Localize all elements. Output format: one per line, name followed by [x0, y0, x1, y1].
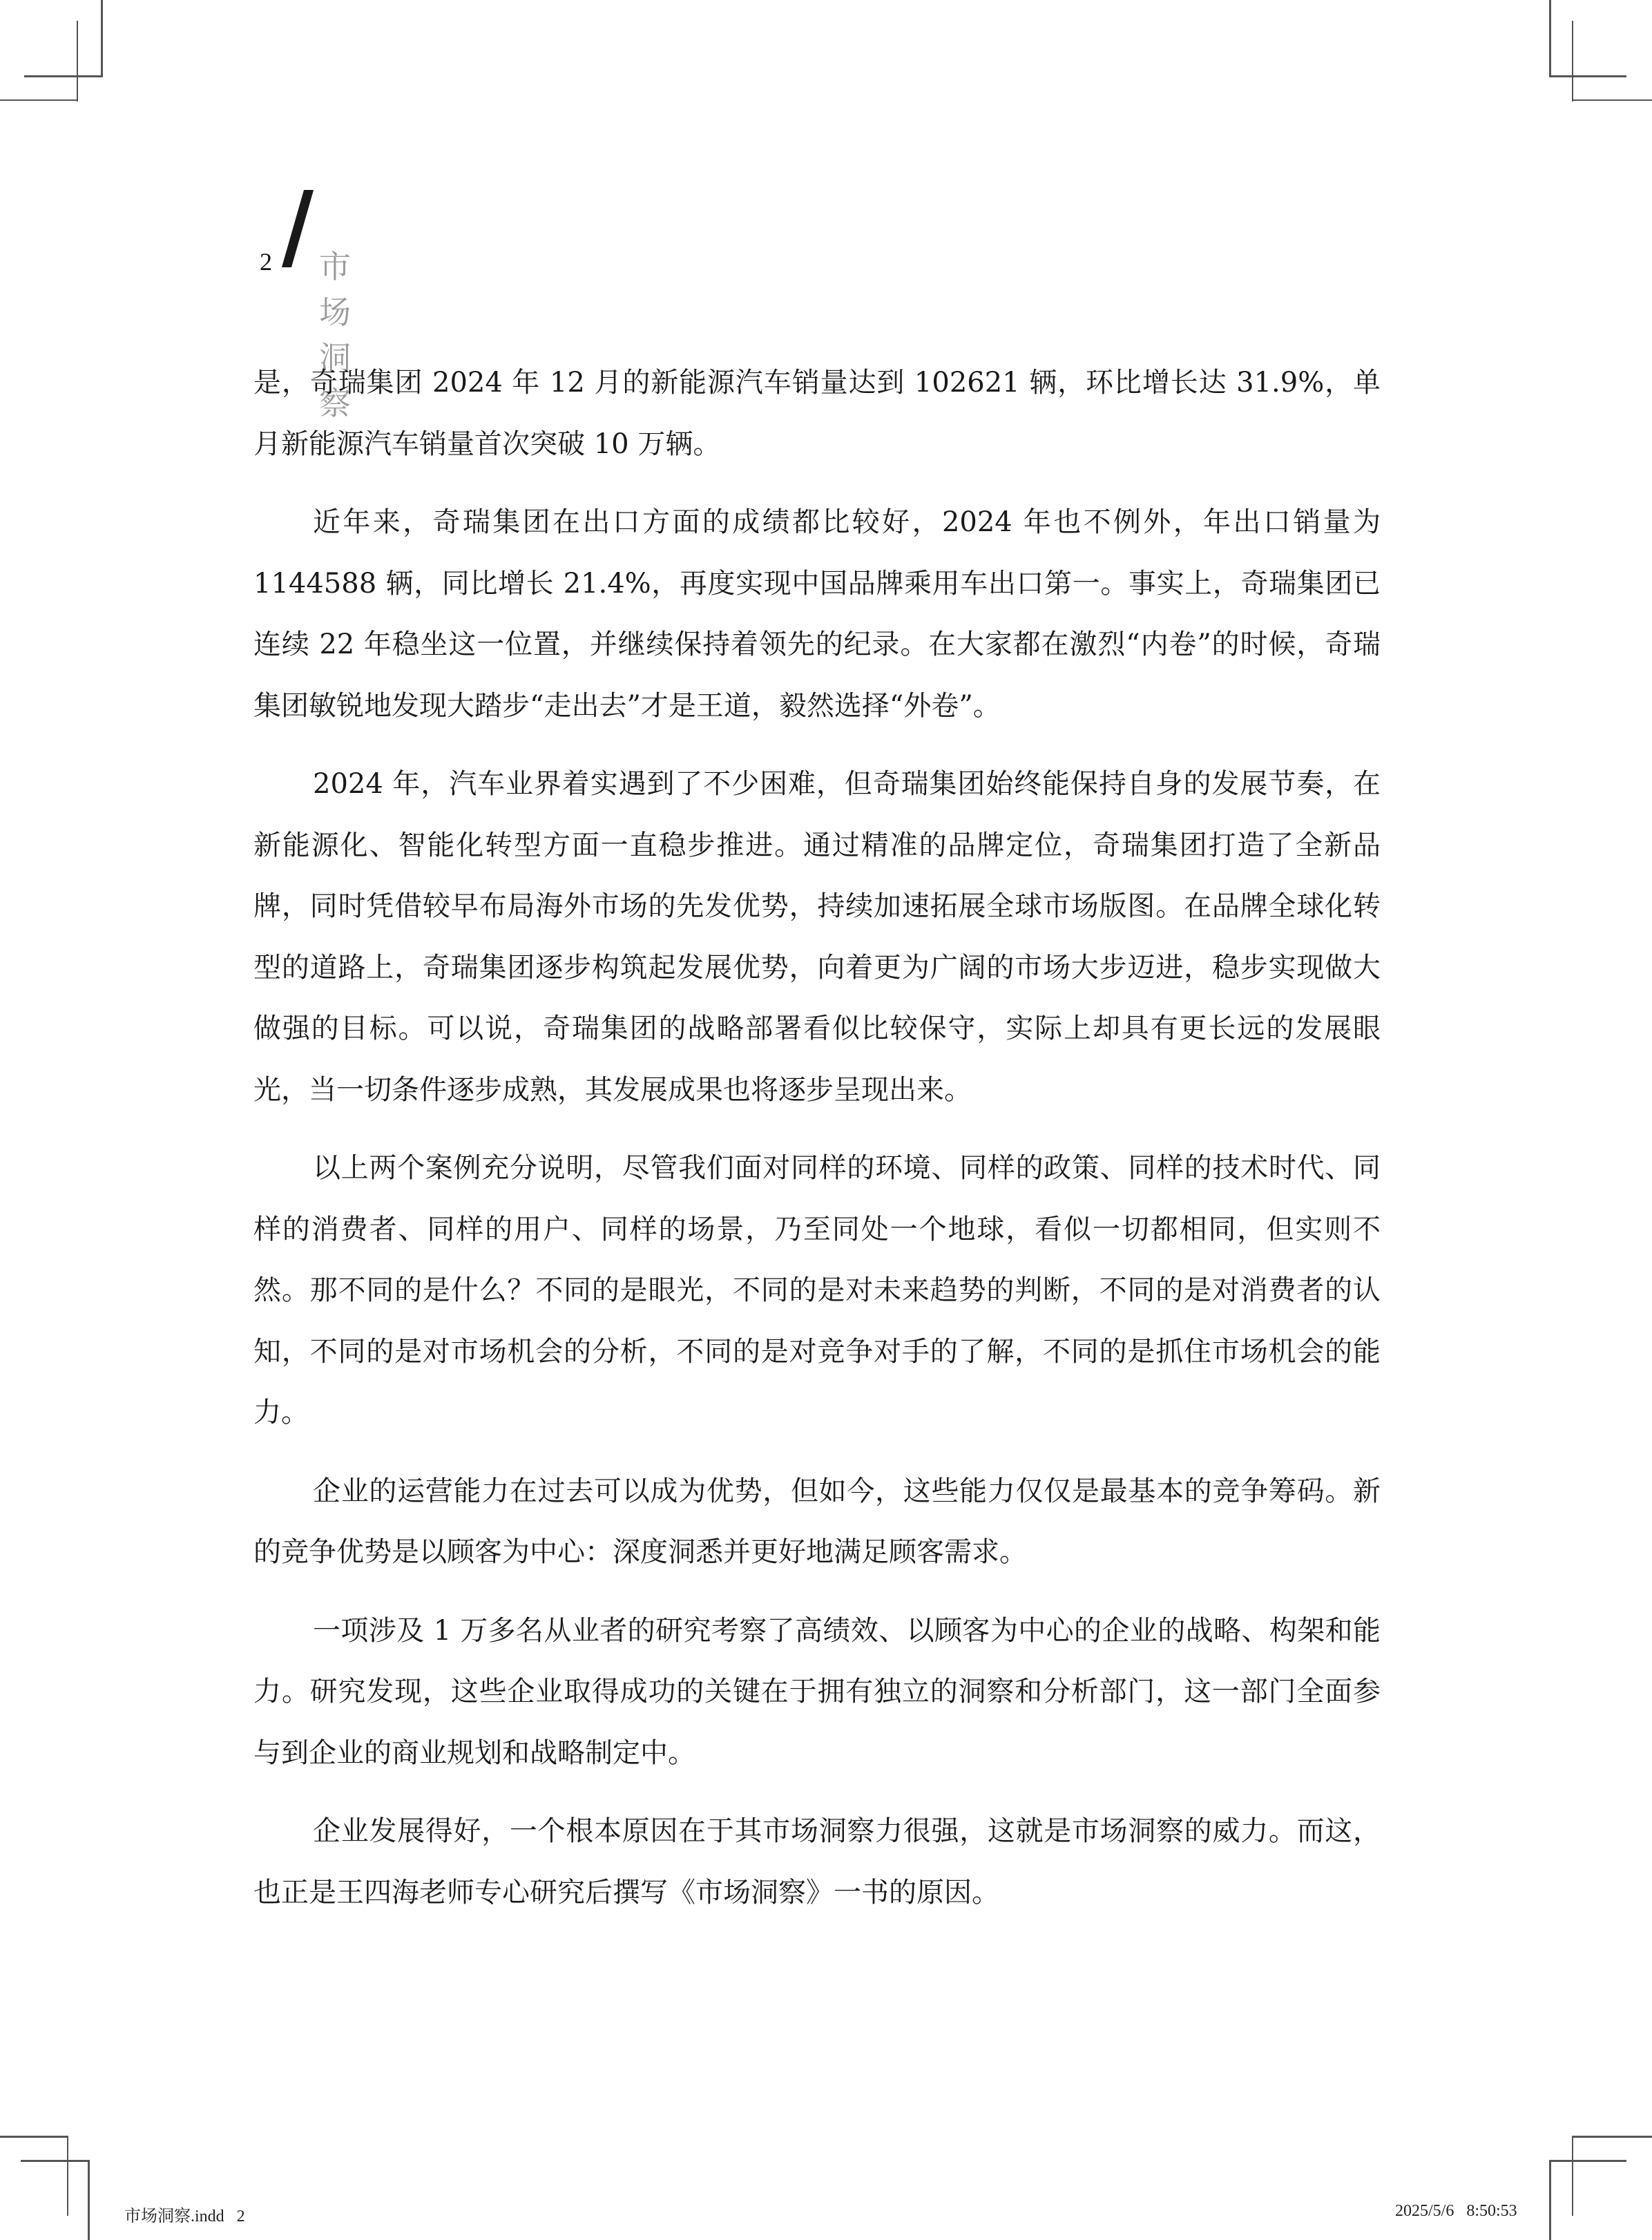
paragraph: 企业发展得好，一个根本原因在于其市场洞察力很强，这就是市场洞察的威力。而这，也正…: [253, 1801, 1381, 1923]
crop-mark-bottom-right: [1549, 2160, 1626, 2162]
crop-mark-top-right: [1572, 99, 1652, 101]
crop-mark-bottom-left: [88, 2160, 90, 2240]
crop-mark-top-left: [77, 21, 78, 102]
slash-divider-icon: [282, 190, 314, 267]
crop-mark-bottom-right: [1572, 2136, 1573, 2216]
page-number: 2: [260, 247, 272, 276]
paragraph: 一项涉及 1 万多名从业者的研究考察了高绩效、以顾客为中心的企业的战略、构架和能…: [253, 1600, 1381, 1784]
crop-mark-top-right: [1549, 75, 1626, 77]
crop-mark-top-left: [24, 75, 103, 77]
crop-mark-top-right: [1572, 21, 1573, 102]
paragraph: 2024 年，汽车业界着实遇到了不少困难，但奇瑞集团始终能保持自身的发展节奏，在…: [253, 754, 1381, 1120]
slug-timestamp: 2025/5/6 8:50:53: [1395, 2202, 1517, 2221]
crop-mark-bottom-left: [21, 2160, 90, 2162]
paragraph: 以上两个案例充分说明，尽管我们面对同样的环境、同样的政策、同样的技术时代、同样的…: [253, 1138, 1381, 1444]
crop-mark-top-left: [101, 0, 103, 77]
crop-mark-bottom-right: [1572, 2136, 1652, 2138]
crop-mark-top-right: [1549, 0, 1551, 77]
crop-mark-bottom-left: [0, 2136, 68, 2138]
crop-mark-bottom-right: [1549, 2160, 1551, 2240]
crop-mark-bottom-left: [67, 2136, 68, 2216]
paragraph: 近年来，奇瑞集团在出口方面的成绩都比较好，2024 年也不例外，年出口销量为 1…: [253, 492, 1381, 736]
body-text: 是，奇瑞集团 2024 年 12 月的新能源汽车销量达到 102621 辆，环比…: [253, 352, 1381, 1940]
slug-file-label: 市场洞察.indd 2: [124, 2202, 245, 2226]
crop-mark-top-left: [0, 99, 78, 101]
paragraph: 企业的运营能力在过去可以成为优势，但如今，这些能力仅仅是最基本的竞争筹码。新的竞…: [253, 1461, 1381, 1583]
paragraph: 是，奇瑞集团 2024 年 12 月的新能源汽车销量达到 102621 辆，环比…: [253, 352, 1381, 475]
